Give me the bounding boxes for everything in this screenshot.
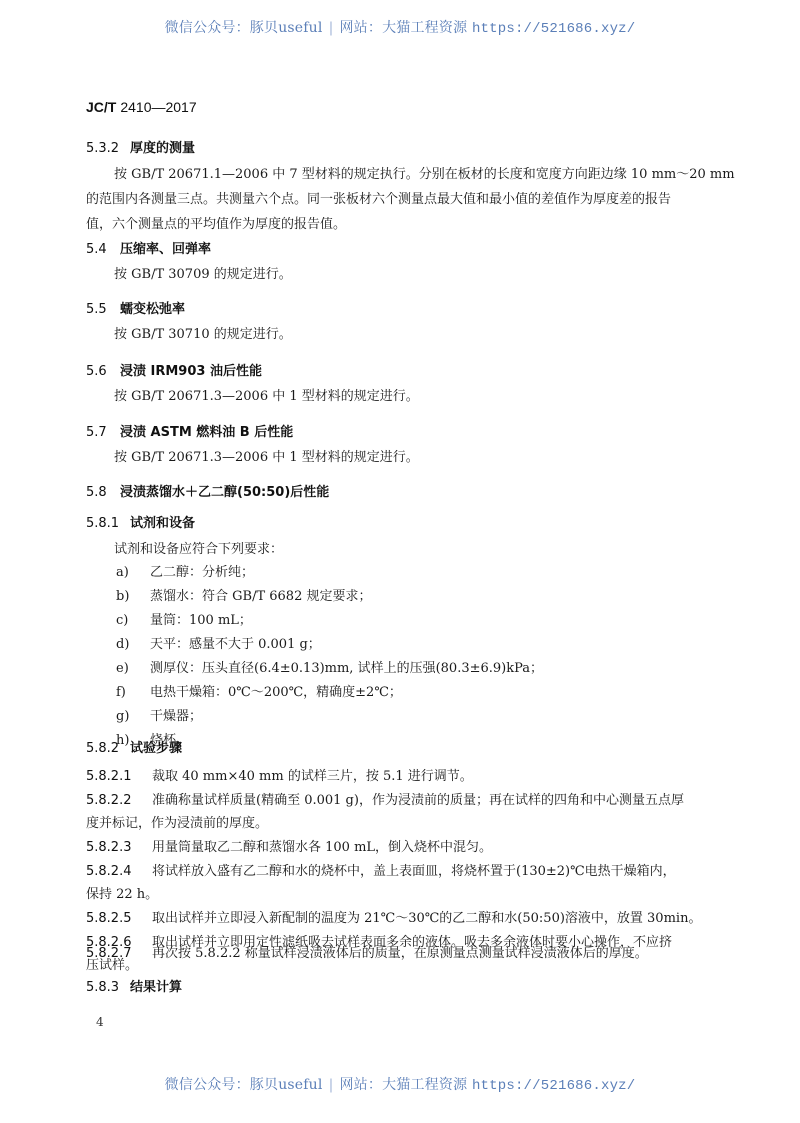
list-text: 电热干燥箱：0℃～200℃，精确度±2℃；: [150, 685, 402, 700]
section-number: 5.7: [86, 425, 110, 440]
step-item: 5.8.2.5取出试样并立即浸入新配制的温度为 21℃～30℃的乙二醇和水(50…: [86, 906, 701, 931]
section-title: 试剂和设备: [130, 516, 195, 531]
watermark-separator: |: [329, 20, 334, 36]
section-title: 结果计算: [130, 980, 182, 995]
section-heading-5-8: 5.8浸渍蒸馏水＋乙二醇(50:50)后性能: [86, 481, 329, 500]
list-item: f)电热干燥箱：0℃～200℃，精确度±2℃；: [116, 680, 402, 705]
step-number: 5.8.2.1: [86, 764, 152, 789]
section-title: 蠕变松弛率: [120, 302, 185, 317]
watermark-bottom: 微信公众号：豚贝useful|网站：大猫工程资源 https://521686.…: [0, 1074, 800, 1094]
step-number: 5.8.2.7: [86, 941, 152, 966]
watermark-wechat: 微信公众号：豚贝useful: [165, 20, 323, 36]
section-title: 厚度的测量: [130, 141, 195, 156]
step-item: 5.8.2.2准确称量试样质量(精确至 0.001 g)，作为浸渍前的质量；再在…: [86, 788, 684, 813]
list-item: a)乙二醇：分析纯；: [116, 560, 254, 585]
list-item: b)蒸馏水：符合 GB/T 6682 规定要求；: [116, 584, 371, 609]
list-item: e)测厚仪：压头直径(6.4±0.13)mm, 试样上的压强(80.3±6.9)…: [116, 656, 543, 681]
list-text: 蒸馏水：符合 GB/T 6682 规定要求；: [150, 589, 371, 604]
step-text: 准确称量试样质量(精确至 0.001 g)，作为浸渍前的质量；再在试样的四角和中…: [152, 793, 684, 808]
list-label: c): [116, 608, 150, 633]
list-text: 量筒：100 mL；: [150, 613, 252, 628]
list-label: f): [116, 680, 150, 705]
watermark-url[interactable]: https://521686.xyz/: [472, 21, 635, 37]
watermark-separator: |: [329, 1077, 334, 1093]
watermark-wechat: 微信公众号：豚贝useful: [165, 1077, 323, 1093]
step-number: 5.8.2.4: [86, 859, 152, 884]
section-heading-5-8-3: 5.8.3结果计算: [86, 976, 182, 995]
section-heading-5-4: 5.4压缩率、回弹率: [86, 238, 211, 257]
section-heading-5-7: 5.7浸渍 ASTM 燃料油 B 后性能: [86, 421, 293, 440]
section-title: 试验步骤: [130, 741, 182, 756]
section-heading-5-6: 5.6浸渍 IRM903 油后性能: [86, 360, 262, 379]
section-heading-5-5: 5.5蠕变松弛率: [86, 298, 185, 317]
section-heading-5-3-2: 5.3.2厚度的测量: [86, 137, 195, 156]
step-text: 裁取 40 mm×40 mm 的试样三片，按 5.1 进行调节。: [152, 769, 473, 784]
watermark-site: 网站：大猫工程资源: [339, 20, 467, 36]
step-continuation: 度并标记，作为浸渍前的厚度。: [86, 811, 268, 836]
list-label: b): [116, 584, 150, 609]
step-number: 5.8.2.2: [86, 788, 152, 813]
step-number: 5.8.2.3: [86, 835, 152, 860]
step-text: 再次按 5.8.2.2 称量试样浸渍液体后的质量，在原测量点测量试样浸渍液体后的…: [152, 946, 648, 961]
list-label: d): [116, 632, 150, 657]
paragraph-text: 按 GB/T 30710 的规定进行。: [114, 322, 292, 347]
list-text: 天平：感量不大于 0.001 g；: [150, 637, 321, 652]
section-title: 浸渍 IRM903 油后性能: [120, 364, 262, 379]
step-item: 5.8.2.1裁取 40 mm×40 mm 的试样三片，按 5.1 进行调节。: [86, 764, 473, 789]
standard-prefix: JC/T: [86, 99, 116, 115]
list-text: 乙二醇：分析纯；: [150, 565, 254, 580]
paragraph-text: 按 GB/T 30709 的规定进行。: [114, 262, 292, 287]
section-title: 浸渍 ASTM 燃料油 B 后性能: [120, 425, 293, 440]
step-continuation: 保持 22 h。: [86, 882, 158, 907]
step-item: 5.8.2.7再次按 5.8.2.2 称量试样浸渍液体后的质量，在原测量点测量试…: [86, 941, 648, 966]
list-label: e): [116, 656, 150, 681]
section-number: 5.5: [86, 302, 110, 317]
section-number: 5.8.1: [86, 516, 120, 531]
list-item: c)量筒：100 mL；: [116, 608, 252, 633]
step-text: 用量筒量取乙二醇和蒸馏水各 100 mL，倒入烧杯中混匀。: [152, 840, 492, 855]
step-item: 5.8.2.4将试样放入盛有乙二醇和水的烧杯中，盖上表面皿，将烧杯置于(130±…: [86, 859, 676, 884]
paragraph-text: 按 GB/T 20671.3—2006 中 1 型材料的规定进行。: [114, 384, 419, 409]
section-number: 5.8: [86, 485, 110, 500]
paragraph-text: 按 GB/T 20671.3—2006 中 1 型材料的规定进行。: [114, 445, 419, 470]
list-label: g): [116, 704, 150, 729]
paragraph-line: 的范围内各测量三点。共测量六个点。同一张板材六个测量点最大值和最小值的差值作为厚…: [86, 187, 671, 212]
section-number: 5.3.2: [86, 141, 120, 156]
watermark-url[interactable]: https://521686.xyz/: [472, 1078, 635, 1094]
paragraph-intro: 试剂和设备应符合下列要求：: [114, 537, 283, 562]
standard-number: 2410—2017: [120, 99, 196, 115]
step-item: 5.8.2.3用量筒量取乙二醇和蒸馏水各 100 mL，倒入烧杯中混匀。: [86, 835, 492, 860]
section-number: 5.6: [86, 364, 110, 379]
paragraph-line: 值，六个测量点的平均值作为厚度的报告值。: [86, 212, 346, 237]
section-title: 压缩率、回弹率: [120, 242, 211, 257]
section-heading-5-8-2: 5.8.2试验步骤: [86, 737, 182, 756]
step-text: 取出试样并立即浸入新配制的温度为 21℃～30℃的乙二醇和水(50:50)溶液中…: [152, 911, 701, 926]
standard-code: JC/T2410—2017: [86, 99, 197, 115]
watermark-site: 网站：大猫工程资源: [339, 1077, 467, 1093]
section-heading-5-8-1: 5.8.1试剂和设备: [86, 512, 195, 531]
list-item: g)干燥器；: [116, 704, 202, 729]
section-number: 5.8.2: [86, 741, 120, 756]
page-number: 4: [96, 1015, 104, 1029]
paragraph-line: 按 GB/T 20671.1—2006 中 7 型材料的规定执行。分别在板材的长…: [114, 162, 735, 187]
list-text: 测厚仪：压头直径(6.4±0.13)mm, 试样上的压强(80.3±6.9)kP…: [150, 661, 543, 676]
step-text: 将试样放入盛有乙二醇和水的烧杯中，盖上表面皿，将烧杯置于(130±2)℃电热干燥…: [152, 864, 676, 879]
section-number: 5.4: [86, 242, 110, 257]
list-item: d)天平：感量不大于 0.001 g；: [116, 632, 321, 657]
list-text: 干燥器；: [150, 709, 202, 724]
step-number: 5.8.2.5: [86, 906, 152, 931]
watermark-top: 微信公众号：豚贝useful|网站：大猫工程资源 https://521686.…: [0, 17, 800, 37]
list-label: a): [116, 560, 150, 585]
section-title: 浸渍蒸馏水＋乙二醇(50:50)后性能: [120, 485, 329, 500]
section-number: 5.8.3: [86, 980, 120, 995]
